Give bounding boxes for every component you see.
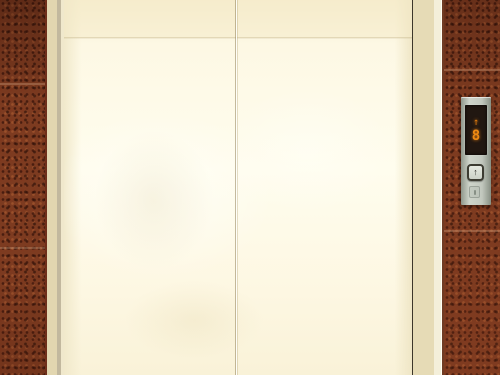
elevator-doors (64, 0, 412, 375)
door-center-seam (235, 0, 238, 375)
door-frame-right (412, 0, 444, 375)
granite-tile-seam (444, 69, 500, 71)
door-smudge (94, 130, 214, 270)
up-arrow-icon: ↑ (473, 168, 478, 177)
call-up-button[interactable]: ↑ (467, 164, 484, 181)
granite-tile-seam (0, 247, 45, 249)
hall-call-panel: ↑ 8 ↑ (461, 97, 491, 205)
granite-wall-left (0, 0, 45, 375)
door-smudge (124, 280, 264, 360)
door-top-track-line (64, 37, 412, 39)
direction-up-icon: ↑ (473, 118, 479, 128)
keyhole-mark (469, 186, 480, 198)
granite-tile-seam (0, 83, 45, 85)
floor-indicator-display: ↑ 8 (465, 105, 487, 155)
door-header-panel (64, 0, 412, 38)
granite-tile-seam (444, 230, 500, 232)
door-frame-left (45, 0, 64, 375)
floor-number: 8 (472, 129, 480, 143)
elevator-photo: ↑ 8 ↑ (0, 0, 500, 375)
